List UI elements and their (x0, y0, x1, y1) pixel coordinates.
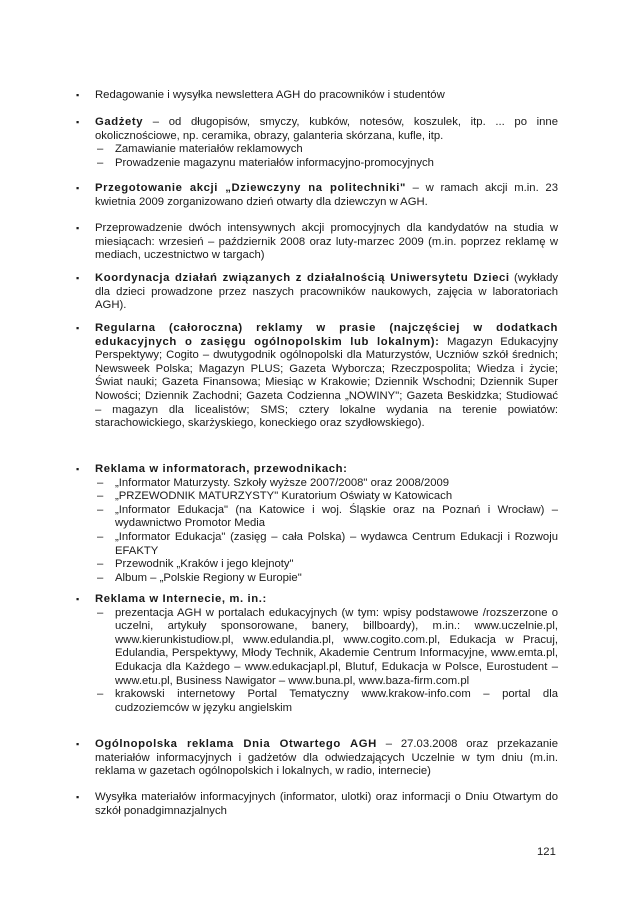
sub-item: „PRZEWODNIK MATURZYSTY" Kuratorium Oświa… (95, 490, 558, 504)
document-page: Redagowanie i wysyłka newslettera AGH do… (0, 0, 635, 898)
sub-item: krakowski internetowy Portal Tematyczny … (95, 688, 558, 715)
sub-item: Zamawianie materiałów reklamowych (95, 143, 558, 157)
bullet-item: Redagowanie i wysyłka newslettera AGH do… (95, 89, 558, 103)
bullet-item: Koordynacja działań związanych z działal… (95, 272, 558, 313)
sub-item: prezentacja AGH w portalach edukacyjnych… (95, 607, 558, 689)
bullet-item: Przegotowanie akcji „Dziewczyny na polit… (95, 182, 558, 209)
sub-item: „Informator Edukacja" (na Katowice i woj… (95, 504, 558, 531)
sub-item: Przewodnik „Kraków i jego klejnoty" (95, 558, 558, 572)
bullet-item: Reklama w informatorach, przewodnikach: … (95, 463, 558, 585)
bullet-item: Gadżety – od długopisów, smyczy, kubków,… (95, 116, 558, 170)
bullet-item: Regularna (całoroczna) reklamy w prasie … (95, 322, 558, 431)
sub-item: „Informator Edukacja" (zasięg – cała Pol… (95, 531, 558, 558)
bullet-item: Reklama w Internecie, m. in.: prezentacj… (95, 593, 558, 715)
bullet-item: Wysyłka materiałów informacyjnych (infor… (95, 791, 558, 818)
page-number: 121 (537, 846, 556, 858)
sub-item: Prowadzenie magazynu materiałów informac… (95, 157, 558, 171)
bullet-item: Ogólnopolska reklama Dnia Otwartego AGH … (95, 738, 558, 779)
sub-item: Album – „Polskie Regiony w Europie" (95, 572, 558, 586)
bullet-item: Przeprowadzenie dwóch intensywnych akcji… (95, 222, 558, 263)
sub-item: „Informator Maturzysty. Szkoły wyższe 20… (95, 477, 558, 491)
